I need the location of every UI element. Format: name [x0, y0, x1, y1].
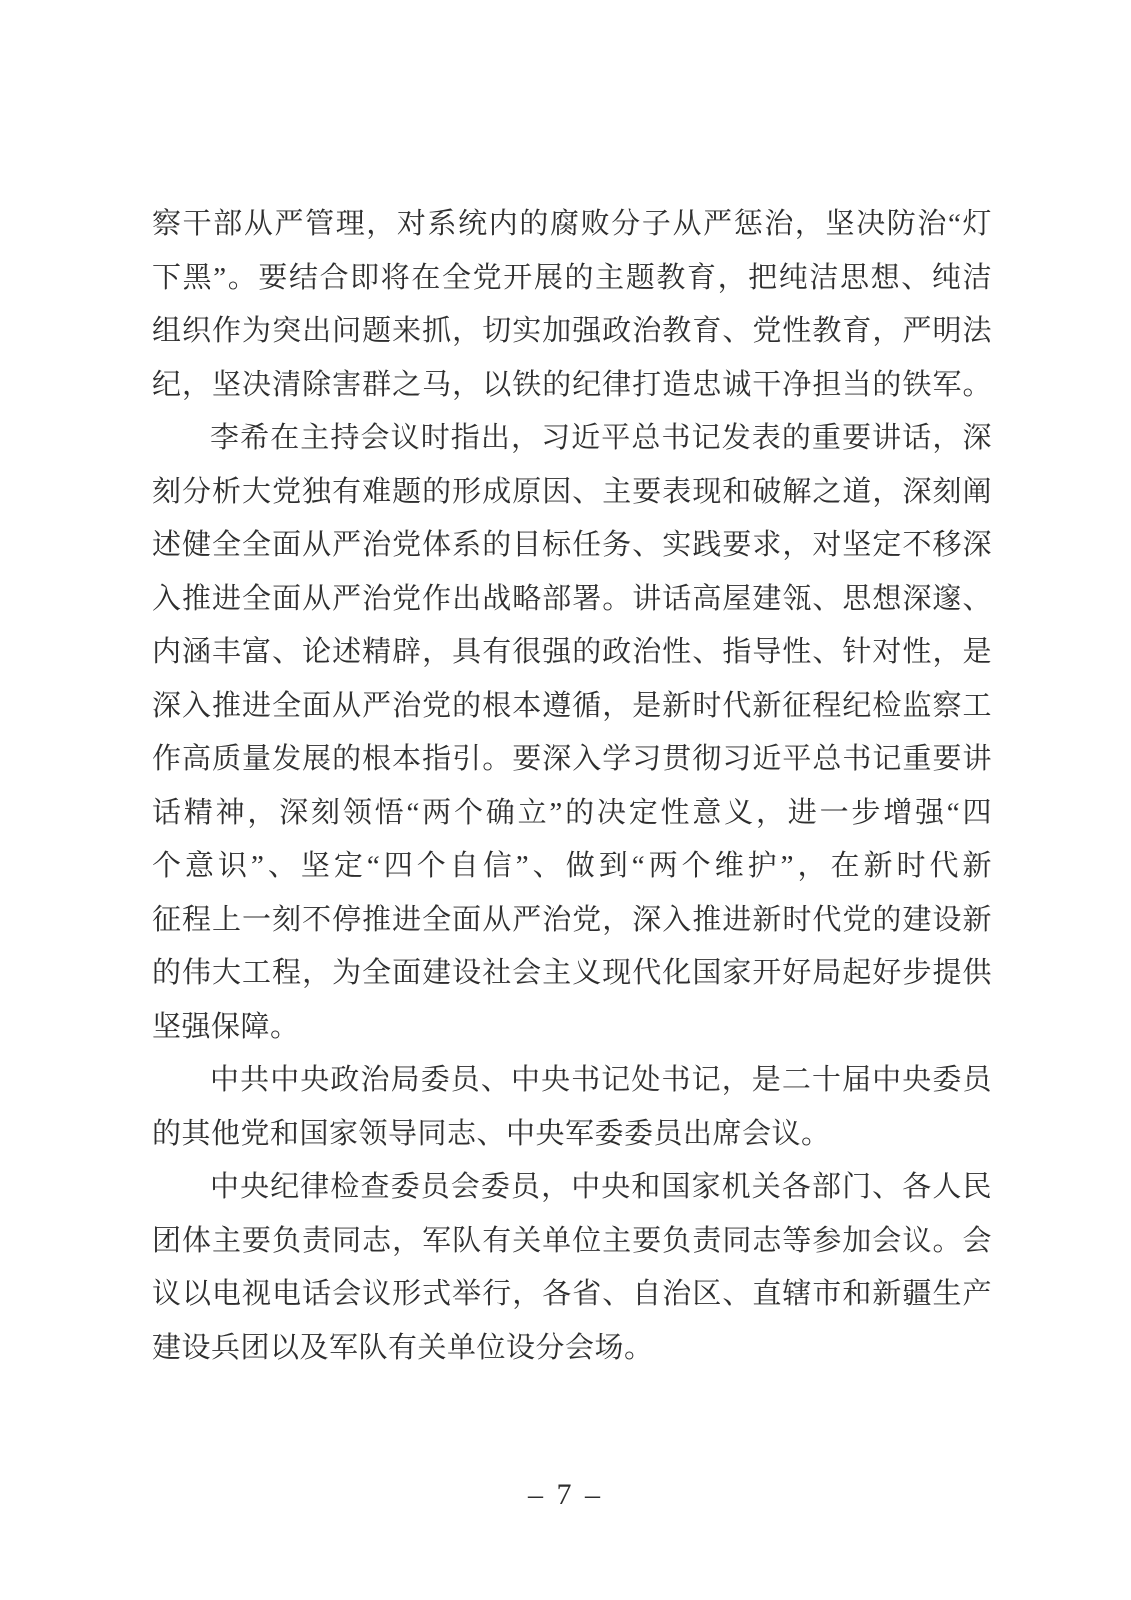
paragraph: 中央纪律检查委员会委员，中央和国家机关各部门、各人民 团体主要负责同志，军队有关… — [152, 1161, 992, 1375]
text-line: 述健全全面从严治党体系的目标任务、实践要求，对坚定不移深 — [152, 519, 992, 573]
text-line: 内涵丰富、论述精辟，具有很强的政治性、指导性、针对性，是 — [152, 626, 992, 680]
paragraph: 中共中央政治局委员、中央书记处书记，是二十届中央委员 的其他党和国家领导同志、中… — [152, 1054, 992, 1161]
text-line: 中共中央政治局委员、中央书记处书记，是二十届中央委员 — [152, 1054, 992, 1108]
text-line: 中央纪律检查委员会委员，中央和国家机关各部门、各人民 — [152, 1161, 992, 1215]
text-line: 刻分析大党独有难题的形成原因、主要表现和破解之道，深刻阐 — [152, 466, 992, 520]
text-line: 纪，坚决清除害群之马，以铁的纪律打造忠诚干净担当的铁军。 — [152, 359, 992, 413]
text-line: 议以电视电话会议形式举行，各省、自治区、直辖市和新疆生产 — [152, 1268, 992, 1322]
document-body: 察干部从严管理，对系统内的腐败分子从严惩治，坚决防治“灯 下黑”。要结合即将在全… — [152, 198, 992, 1375]
text-line: 征程上一刻不停推进全面从严治党，深入推进新时代党的建设新 — [152, 894, 992, 948]
page-number: – 7 – — [528, 1478, 603, 1511]
text-line: 入推进全面从严治党作出战略部署。讲话高屋建瓴、思想深邃、 — [152, 573, 992, 627]
text-line: 团体主要负责同志，军队有关单位主要负责同志等参加会议。会 — [152, 1215, 992, 1269]
text-line: 组织作为突出问题来抓，切实加强政治教育、党性教育，严明法 — [152, 305, 992, 359]
text-line: 话精神，深刻领悟“两个确立”的决定性意义，进一步增强“四 — [152, 787, 992, 841]
text-line: 的伟大工程，为全面建设社会主义现代化国家开好局起好步提供 — [152, 947, 992, 1001]
text-line: 作高质量发展的根本指引。要深入学习贯彻习近平总书记重要讲 — [152, 733, 992, 787]
text-line: 深入推进全面从严治党的根本遵循，是新时代新征程纪检监察工 — [152, 680, 992, 734]
text-line: 察干部从严管理，对系统内的腐败分子从严惩治，坚决防治“灯 — [152, 198, 992, 252]
paragraph-continuation: 察干部从严管理，对系统内的腐败分子从严惩治，坚决防治“灯 下黑”。要结合即将在全… — [152, 198, 992, 412]
text-line: 坚强保障。 — [152, 1001, 992, 1055]
text-line: 个意识”、坚定“四个自信”、做到“两个维护”，在新时代新 — [152, 840, 992, 894]
text-line: 李希在主持会议时指出，习近平总书记发表的重要讲话，深 — [152, 412, 992, 466]
text-line: 下黑”。要结合即将在全党开展的主题教育，把纯洁思想、纯洁 — [152, 252, 992, 306]
paragraph: 李希在主持会议时指出，习近平总书记发表的重要讲话，深 刻分析大党独有难题的形成原… — [152, 412, 992, 1054]
document-page: 察干部从严管理，对系统内的腐败分子从严惩治，坚决防治“灯 下黑”。要结合即将在全… — [0, 0, 1131, 1600]
page-footer: – 7 – — [0, 1478, 1131, 1512]
text-line: 建设兵团以及军队有关单位设分会场。 — [152, 1322, 992, 1376]
text-line: 的其他党和国家领导同志、中央军委委员出席会议。 — [152, 1108, 992, 1162]
